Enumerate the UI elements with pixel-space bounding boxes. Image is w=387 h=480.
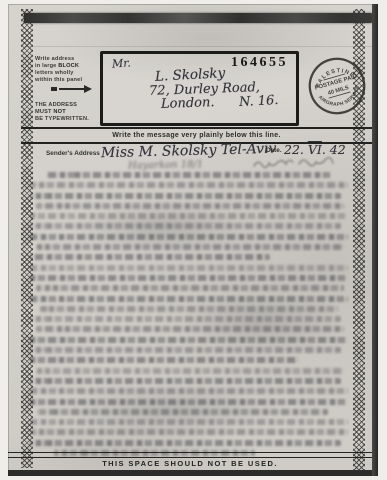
instruction-line: THE ADDRESS	[35, 102, 97, 109]
handwriting-line	[30, 275, 348, 281]
instruction-line: within this panel	[35, 77, 97, 84]
handwriting-line	[30, 429, 348, 435]
handwriting-line	[36, 285, 344, 291]
instruction-line: Write address	[35, 56, 97, 63]
handwriting-line	[30, 378, 341, 384]
serial-number: 164655	[231, 55, 288, 71]
handwriting-line	[30, 357, 299, 363]
handwriting-line	[30, 419, 348, 425]
handwriting-line	[36, 203, 344, 209]
airgraph-scan: Write address in large BLOCK letters who…	[0, 0, 387, 480]
scan-right-edge	[372, 4, 378, 476]
message-rule-text: Write the message very plainly below thi…	[112, 132, 280, 139]
handwriting-line	[30, 296, 348, 302]
date-label: Date.	[266, 147, 282, 154]
handwriting-line	[30, 193, 341, 199]
recipient-title: Mr.	[112, 56, 132, 70]
handwriting-line	[36, 368, 344, 374]
date-value: 22. VI. 42	[284, 142, 346, 157]
footer-warning-text: THIS SPACE SHOULD NOT BE USED.	[8, 459, 372, 468]
handwriting-line	[30, 213, 348, 219]
bottom-dark-band	[8, 470, 372, 476]
footer-double-rule	[8, 452, 372, 458]
handwriting-line	[30, 399, 348, 405]
address-instructions-panel: Write address in large BLOCK letters who…	[35, 56, 97, 123]
faint-horizontal-rule	[21, 46, 372, 47]
handwriting-line	[30, 440, 341, 446]
instruction-line: BE TYPEWRITTEN.	[35, 116, 97, 123]
top-dark-bar	[24, 13, 372, 23]
handwriting-line	[36, 409, 328, 415]
handwritten-message-body	[30, 172, 354, 452]
sender-address-label: Sender's Address	[46, 150, 100, 157]
handwriting-line	[30, 182, 348, 188]
handwriting-line	[40, 306, 338, 312]
instruction-line: letters wholly	[35, 70, 97, 77]
handwriting-line	[30, 337, 348, 343]
handwriting-line	[30, 316, 341, 322]
handwriting-line	[30, 234, 348, 240]
sender-address-line2: Hayarkon 18/1	[128, 159, 203, 171]
handwriting-line	[30, 347, 341, 353]
recipient-postal-district: N. 16.	[239, 93, 279, 110]
handwriting-line	[36, 244, 344, 250]
hebrew-scribble	[252, 157, 344, 171]
handwriting-line	[30, 223, 341, 229]
right-arrow-icon	[59, 88, 85, 90]
handwriting-line	[30, 254, 270, 260]
instruction-line: MUST NOT	[35, 109, 97, 116]
instruction-line: in large BLOCK	[35, 63, 97, 70]
handwriting-line	[36, 326, 344, 332]
handwriting-line	[30, 388, 348, 394]
handwriting-line	[46, 172, 331, 178]
recipient-address-box: Mr. 164655 L. Skolsky 72, Durley Road, L…	[100, 51, 299, 126]
handwriting-line	[30, 265, 348, 271]
recipient-city: London.	[161, 95, 215, 112]
